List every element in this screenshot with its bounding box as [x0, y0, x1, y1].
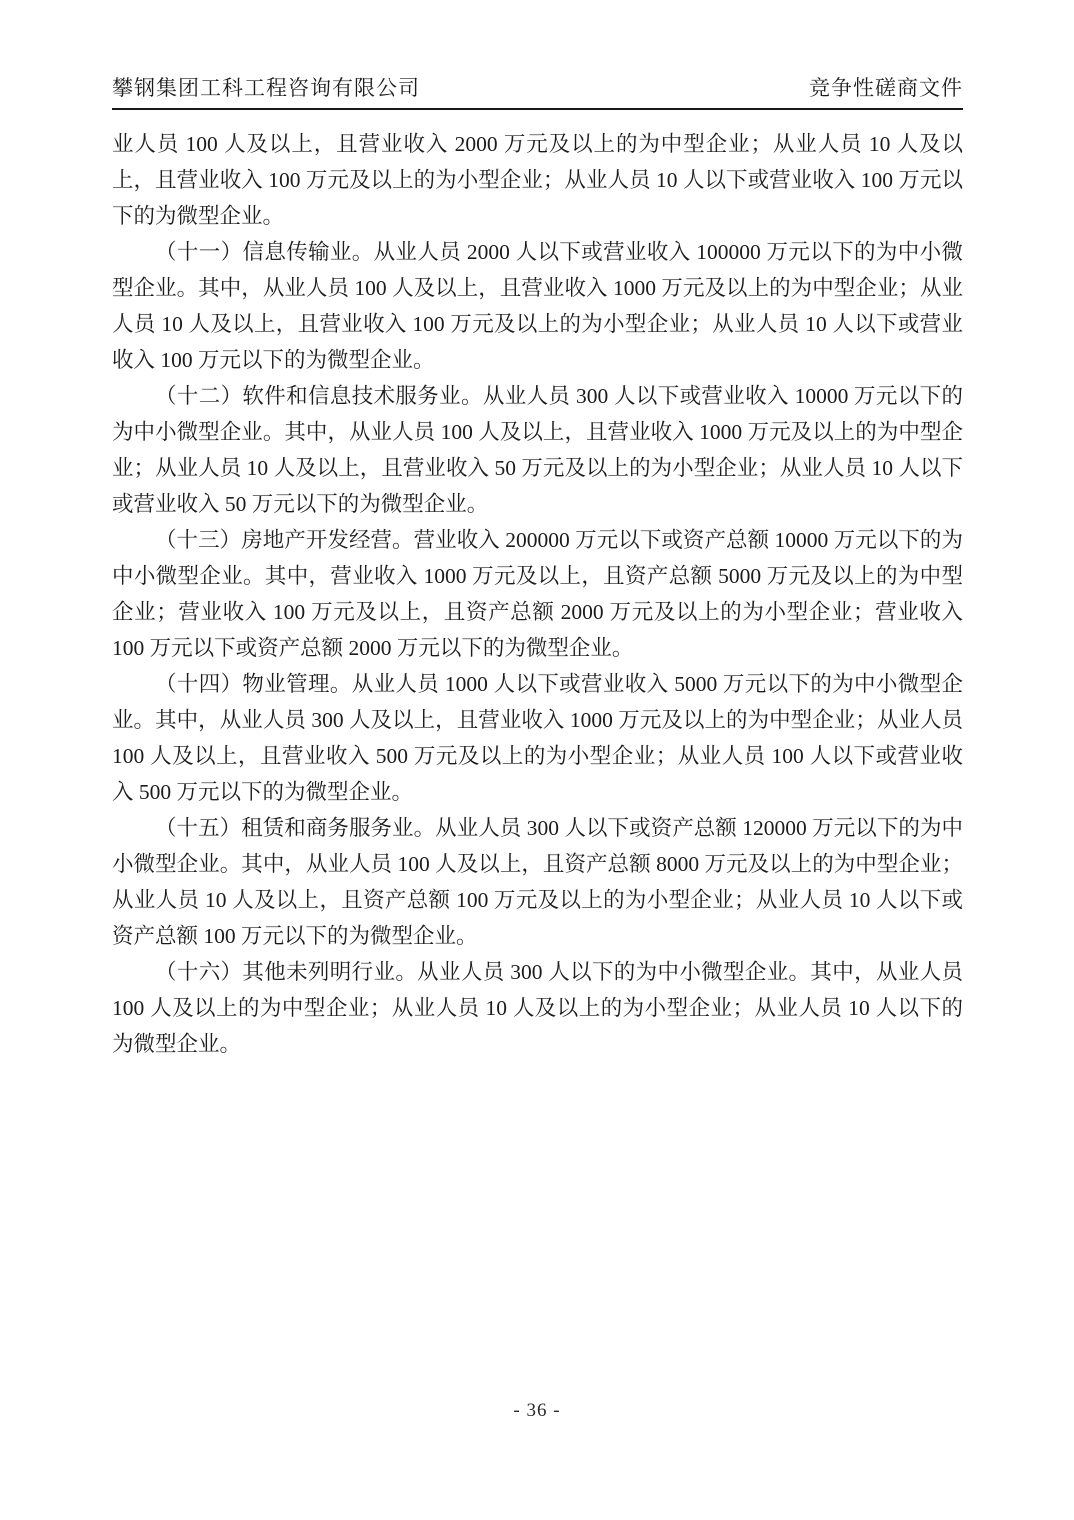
- document-body: 业人员 100 人及以上，且营业收入 2000 万元及以上的为中型企业；从业人员…: [112, 126, 963, 1062]
- header-document-type: 竞争性磋商文件: [809, 72, 963, 102]
- header-company-name: 攀钢集团工科工程咨询有限公司: [112, 72, 420, 102]
- paragraph-item-15: （十五）租赁和商务服务业。从业人员 300 人以下或资产总额 120000 万元…: [112, 810, 963, 954]
- paragraph-item-11: （十一）信息传输业。从业人员 2000 人以下或营业收入 100000 万元以下…: [112, 234, 963, 378]
- paragraph-item-16: （十六）其他未列明行业。从业人员 300 人以下的为中小微型企业。其中，从业人员…: [112, 954, 963, 1062]
- paragraph-item-13: （十三）房地产开发经营。营业收入 200000 万元以下或资产总额 10000 …: [112, 522, 963, 666]
- page-footer: - 36 -: [0, 1400, 1074, 1422]
- paragraph-item-12: （十二）软件和信息技术服务业。从业人员 300 人以下或营业收入 10000 万…: [112, 378, 963, 522]
- paragraph-item-14: （十四）物业管理。从业人员 1000 人以下或营业收入 5000 万元以下的为中…: [112, 666, 963, 810]
- page-header: 攀钢集团工科工程咨询有限公司 竞争性磋商文件: [112, 0, 963, 110]
- paragraph-continuation-item-10: 业人员 100 人及以上，且营业收入 2000 万元及以上的为中型企业；从业人员…: [112, 126, 963, 234]
- document-page: 攀钢集团工科工程咨询有限公司 竞争性磋商文件 业人员 100 人及以上，且营业收…: [0, 0, 1074, 1520]
- page-number: - 36 -: [513, 1400, 560, 1421]
